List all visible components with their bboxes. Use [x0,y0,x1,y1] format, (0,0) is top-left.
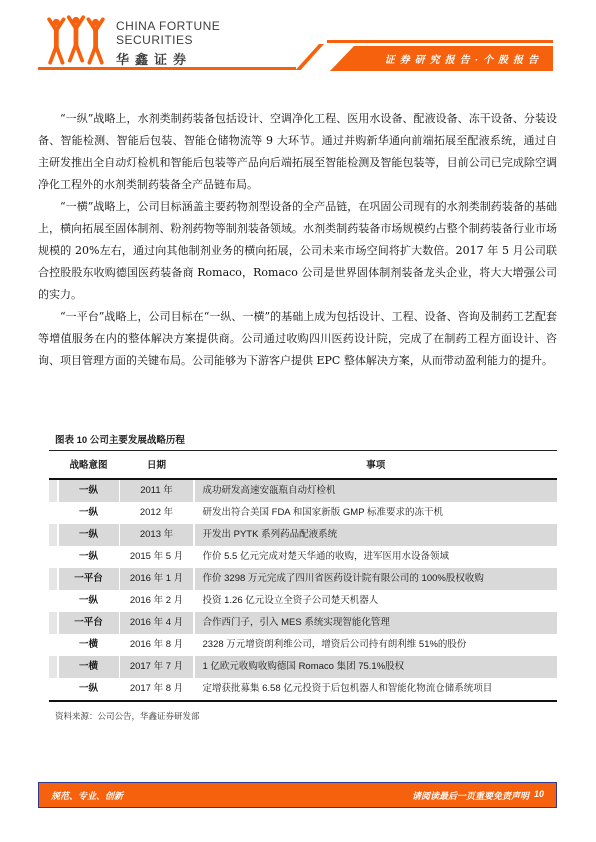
paragraph-strategy-vertical: “一纵”战略上，水剂类制药装备包括设计、空调净化工程、医用水设备、配液设备、冻干… [38,108,557,196]
strategy-cell: 一纵 [59,590,119,612]
strategy-cell: 一横 [59,656,119,678]
company-name-en-line1: CHINA FORTUNE [116,19,220,33]
table-row: 一横 2016 年 8 月 2328 万元增资朗利维公司，增资后公司持有朗利维 … [49,634,557,656]
footer-page-number: 10 [534,789,544,802]
body-text: “一纵”战略上，水剂类制药装备包括设计、空调净化工程、医用水设备、配液设备、冻干… [38,108,557,372]
banner-top-strip [327,40,553,43]
footer-slogan: 规范、专业、创新 [51,789,123,802]
strategy-cell: 一横 [59,634,119,656]
footer-disclaimer: 请阅读最后一页重要免责声明 [412,789,529,802]
header-strategy: 战略意图 [59,451,119,478]
strategy-cell: 一纵 [59,524,119,546]
event-cell: 研发出符合美国 FDA 和国家新版 GMP 标准要求的冻干机 [195,502,558,524]
paragraph-strategy-horizontal: “一横”战略上，公司目标涵盖主要药物剂型设备的全产品链，在巩固公司现有的水剂类制… [38,196,557,306]
table-row: 一平台 2016 年 4 月 合作西门子，引入 MES 系统实现智能化管理 [49,612,557,634]
row-lead-cell [49,524,57,546]
row-lead-cell [49,590,57,612]
event-cell: 作价 5.5 亿元完成对楚天华通的收购，进军医用水设备领域 [195,546,558,568]
company-logo [46,15,108,72]
table-header-row: 战略意图 日期 事项 [49,451,557,480]
header-date: 日期 [120,451,193,478]
date-cell: 2016 年 8 月 [120,634,193,656]
header-lead-cell [49,451,57,478]
figure-title: 图表 10 公司主要发展战略历程 [55,432,185,446]
event-cell: 定增获批募集 6.58 亿元投资于后包机器人和智能化物流仓储系统项目 [195,678,558,700]
company-name-en-line2: SECURITIES [116,33,220,47]
table-row: 一纵 2015 年 5 月 作价 5.5 亿元完成对楚天华通的收购，进军医用水设… [49,546,557,568]
date-cell: 2017 年 8 月 [120,678,193,700]
company-name-cn: 华鑫证券 [116,49,220,68]
header-event: 事项 [195,451,558,478]
banner-slash-decoration [296,44,324,70]
date-cell: 2016 年 1 月 [120,568,193,590]
report-page: CHINA FORTUNE SECURITIES 华鑫证券 证券研究报告·个股报… [0,0,596,842]
report-type-banner: 证券研究报告·个股报告 [330,46,553,71]
table-row: 一纵 2013 年 开发出 PYTK 系列药品配液系统 [49,524,557,546]
table-bottom-rule [49,700,557,702]
table-row: 一平台 2016 年 1 月 作价 3298 万元完成了四川省医药设计院有限公司… [49,568,557,590]
footer-bar: 规范、专业、创新 请阅读最后一页重要免责声明 10 [38,782,557,808]
date-cell: 2016 年 2 月 [120,590,193,612]
header-rule [38,67,296,70]
footer-right: 请阅读最后一页重要免责声明 10 [412,789,544,802]
strategy-cell: 一纵 [59,678,119,700]
strategy-cell: 一纵 [59,546,119,568]
dancing-figures-icon [46,15,108,67]
table-row: 一纵 2012 年 研发出符合美国 FDA 和国家新版 GMP 标准要求的冻干机 [49,502,557,524]
row-lead-cell [49,502,57,524]
row-lead-cell [49,678,57,700]
event-cell: 1 亿欧元收购收购德国 Romaco 集团 75.1%股权 [195,656,558,678]
row-lead-cell [49,568,57,590]
date-cell: 2013 年 [120,524,193,546]
strategy-history-table: 战略意图 日期 事项 一纵 2011 年 成功研发高速安瓿瓶自动灯检机 一纵 2… [49,450,557,702]
event-cell: 成功研发高速安瓿瓶自动灯检机 [195,480,558,502]
row-lead-cell [49,634,57,656]
date-cell: 2011 年 [120,480,193,502]
table-row: 一纵 2011 年 成功研发高速安瓿瓶自动灯检机 [49,480,557,502]
company-name: CHINA FORTUNE SECURITIES 华鑫证券 [116,19,220,68]
report-type-label: 证券研究报告·个股报告 [385,51,543,66]
row-lead-cell [49,612,57,634]
strategy-cell: 一平台 [59,612,119,634]
row-lead-cell [49,656,57,678]
row-lead-cell [49,480,57,502]
paragraph-strategy-platform: “一平台”战略上，公司目标在“一纵、一横”的基础上成为包括设计、工程、设备、咨询… [38,306,557,372]
strategy-cell: 一纵 [59,480,119,502]
table-body: 一纵 2011 年 成功研发高速安瓿瓶自动灯检机 一纵 2012 年 研发出符合… [49,480,557,700]
event-cell: 作价 3298 万元完成了四川省医药设计院有限公司的 100%股权收购 [195,568,558,590]
strategy-cell: 一平台 [59,568,119,590]
table-row: 一纵 2017 年 8 月 定增获批募集 6.58 亿元投资于后包机器人和智能化… [49,678,557,700]
strategy-cell: 一纵 [59,502,119,524]
source-note: 资料来源：公司公告，华鑫证券研发部 [55,710,200,722]
event-cell: 合作西门子，引入 MES 系统实现智能化管理 [195,612,558,634]
date-cell: 2016 年 4 月 [120,612,193,634]
row-lead-cell [49,546,57,568]
event-cell: 投资 1.26 亿元设立全资子公司楚天机器人 [195,590,558,612]
event-cell: 2328 万元增资朗利维公司，增资后公司持有朗利维 51%的股份 [195,634,558,656]
date-cell: 2015 年 5 月 [120,546,193,568]
date-cell: 2012 年 [120,502,193,524]
table-row: 一横 2017 年 7 月 1 亿欧元收购收购德国 Romaco 集团 75.1… [49,656,557,678]
date-cell: 2017 年 7 月 [120,656,193,678]
table-row: 一纵 2016 年 2 月 投资 1.26 亿元设立全资子公司楚天机器人 [49,590,557,612]
event-cell: 开发出 PYTK 系列药品配液系统 [195,524,558,546]
